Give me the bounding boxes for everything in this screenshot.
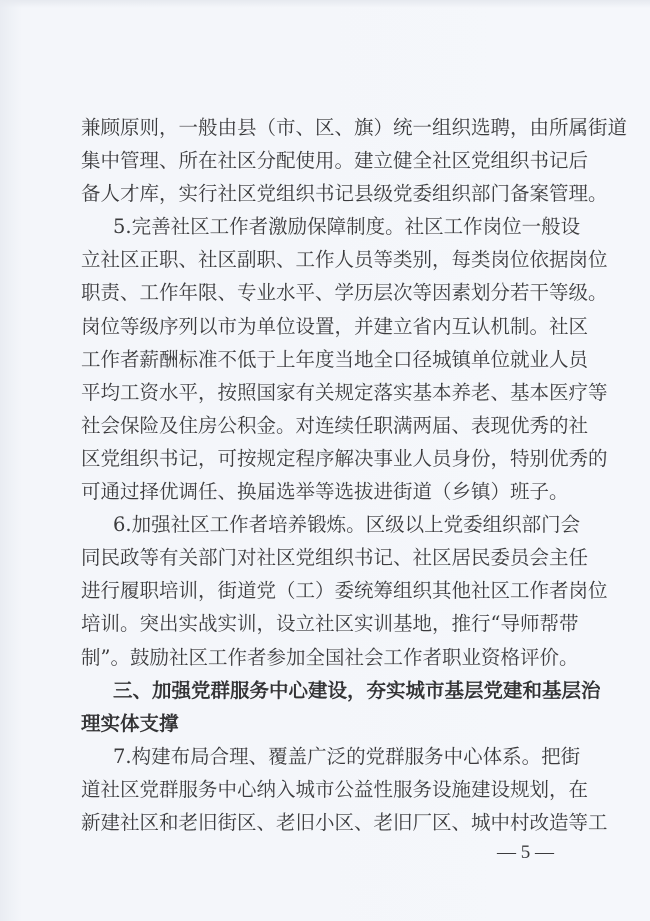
scan-edge-shade [0, 0, 650, 8]
paragraph-line: 立社区正职、社区副职、工作人员等类别，每类岗位依据岗位 [81, 243, 573, 276]
document-body: 兼顾原则，一般由县（市、区、旗）统一组织选聘，由所属街道 集中管理、所在社区分配… [81, 111, 573, 839]
paragraph-line: 可通过择优调任、换届选举等选拔进街道（乡镇）班子。 [81, 475, 573, 508]
paragraph-line: 新建社区和老旧街区、老旧小区、老旧厂区、城中村改造等工 [81, 806, 573, 839]
paragraph-line: 岗位等级序列以市为单位设置，并建立省内互认机制。社区 [81, 310, 573, 343]
document-page: 兼顾原则，一般由县（市、区、旗）统一组织选聘，由所属街道 集中管理、所在社区分配… [0, 0, 650, 921]
paragraph-line: 工作者薪酬标准不低于上年度当地全口径城镇单位就业人员 [81, 343, 573, 376]
paragraph-line: 职责、工作年限、专业水平、学历层次等因素划分若干等级。 [81, 276, 573, 309]
paragraph-line: 社会保险及住房公积金。对连续任职满两届、表现优秀的社 [81, 409, 573, 442]
item-5-heading-line: 5.完善社区工作者激励保障制度。社区工作岗位一般设 [81, 210, 573, 243]
paragraph-line: 制”。鼓励社区工作者参加全国社会工作者职业资格评价。 [81, 641, 573, 674]
item-7-heading-line: 7.构建布局合理、覆盖广泛的党群服务中心体系。把街 [81, 740, 573, 773]
section-3-heading-continued: 理实体支撑 [81, 707, 573, 740]
paragraph-line: 进行履职培训，街道党（工）委统筹组织其他社区工作者岗位 [81, 574, 573, 607]
paragraph-line: 平均工资水平，按照国家有关规定落实基本养老、基本医疗等 [81, 376, 573, 409]
paragraph-line: 区党组织书记，可按规定程序解决事业人员身份，特别优秀的 [81, 442, 573, 475]
page-number: — 5 — [497, 842, 554, 864]
section-3-heading: 三、加强党群服务中心建设，夯实城市基层党建和基层治 [81, 674, 573, 707]
paragraph-line: 培训。突出实战实训，设立社区实训基地，推行“导师帮带 [81, 607, 573, 640]
paragraph-line: 道社区党群服务中心纳入城市公益性服务设施建设规划，在 [81, 773, 573, 806]
paragraph-line: 集中管理、所在社区分配使用。建立健全社区党组织书记后 [81, 144, 573, 177]
paragraph-line: 兼顾原则，一般由县（市、区、旗）统一组织选聘，由所属街道 [81, 111, 573, 144]
item-6-heading-line: 6.加强社区工作者培养锻炼。区级以上党委组织部门会 [81, 508, 573, 541]
paragraph-line: 同民政等有关部门对社区党组织书记、社区居民委员会主任 [81, 541, 573, 574]
paragraph-line: 备人才库，实行社区党组织书记县级党委组织部门备案管理。 [81, 177, 573, 210]
